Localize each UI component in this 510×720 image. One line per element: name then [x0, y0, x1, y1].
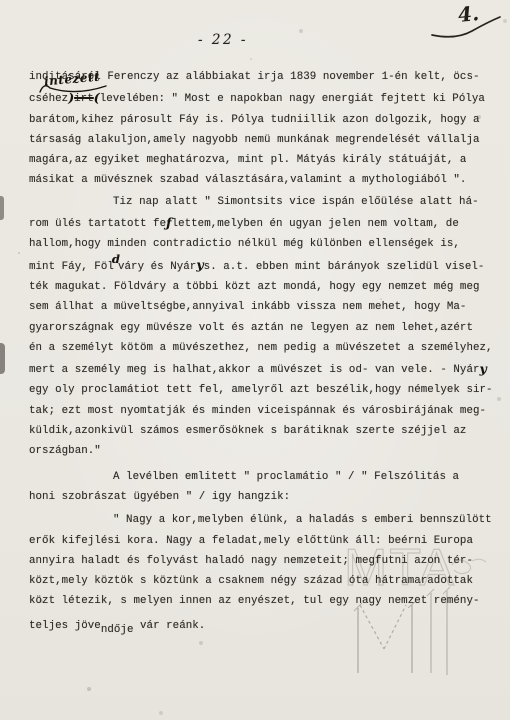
scan-edge-smudge: [0, 343, 5, 374]
corner-mark: 4.: [428, 0, 504, 44]
typed-text: teljes jöve: [29, 620, 101, 632]
typed-text: társaság alakuljon,amely nagyobb nemü mu…: [29, 134, 480, 146]
text-line: mert a személy meg is halhat,akkor a müv…: [29, 358, 492, 380]
typed-text: A levélben emlitett " proclamátio " / " …: [113, 471, 459, 483]
text-line: országban.": [29, 441, 492, 461]
text-line: gyarországnak egy müvésze volt és aztán …: [29, 318, 492, 338]
corner-mark-number: 4.: [457, 1, 480, 27]
text-line: barátom,kihez párosult Fáy is. Pólya tud…: [29, 110, 492, 130]
typed-text: gyarországnak egy müvésze volt és aztán …: [29, 322, 473, 334]
typed-text: ték magukat. Földváry a többi közt azt m…: [29, 281, 480, 293]
scan-edge-smudge: [0, 196, 4, 220]
text-line: erők kifejlési kora. Nagy a feladat,mely…: [29, 531, 492, 551]
text-line: közt,mely köztök s köztünk a csaknem nég…: [29, 571, 492, 591]
text-line: hallom,hogy minden contradictio nélkül m…: [29, 234, 492, 254]
typed-text: sem állhat a müveltségbe,annyival inkább…: [29, 301, 466, 313]
typed-text: levelében: " Most e napokban nagy energi…: [100, 93, 485, 105]
typed-text: magára,az egyiket meghatározva, mint pl.…: [29, 154, 466, 166]
typed-text-block: inditásáról Ferenczy az alábbiakat irja …: [29, 67, 492, 636]
handwritten-mark: y: [480, 361, 487, 376]
text-line: egy oly proclamátiot tett fel, amelyről …: [29, 380, 492, 400]
paper-specks: [0, 0, 2, 2]
text-line: társaság alakuljon,amely nagyobb nemü mu…: [29, 130, 492, 150]
typed-text: erők kifejlési kora. Nagy a feladat,mely…: [29, 535, 473, 547]
text-line: rom ülés tartatott feƒlettem,melyben én …: [29, 212, 492, 234]
typed-text: közt,mely köztök s köztünk a csaknem nég…: [29, 575, 473, 587]
typed-text: mert a személy meg is halhat,akkor a müv…: [29, 364, 480, 376]
typed-text: annyira haladt és folyvást haladó nagy n…: [29, 555, 473, 567]
text-line: én a személyt kötöm a müvészethez, nem p…: [29, 338, 492, 358]
handwritten-letter-above: d: [112, 252, 120, 266]
typed-text: másikat a müvésznek szabad választására,…: [29, 174, 466, 186]
typed-text: én a személyt kötöm a müvészethez, nem p…: [29, 342, 493, 354]
typed-text: hallom,hogy minden contradictio nélkül m…: [29, 238, 460, 250]
typed-text: s. a.t. ebben mint bárányok szelidül vis…: [204, 261, 485, 273]
typed-text: egy oly proclamátiot tett fel, amelyről …: [29, 384, 493, 396]
text-line: magára,az egyiket meghatározva, mint pl.…: [29, 150, 492, 170]
text-line: honi szobrászat ügyében " / igy hangzik:: [29, 487, 492, 507]
text-line: teljes jövendője vár reánk.: [29, 616, 492, 636]
typed-text: országban.": [29, 445, 101, 457]
text-line: annyira haladt és folyvást haladó nagy n…: [29, 551, 492, 571]
typed-text: Tiz nap alatt " Simontsits vice ispán el…: [113, 196, 479, 208]
text-line: A levélben emlitett " proclamátio " / " …: [29, 467, 492, 487]
typed-text: vár reánk.: [133, 620, 205, 632]
handwritten-insertion: intézett: [36, 72, 114, 98]
text-line: sem állhat a müveltségbe,annyival inkább…: [29, 297, 492, 317]
text-line: ték magukat. Földváry a többi közt azt m…: [29, 277, 492, 297]
dropped-characters: ndője: [101, 624, 134, 636]
text-line: " Nagy a kor,melyben élünk, a haladás s …: [29, 510, 492, 530]
typed-text: küldik,azonkivül számos esmerősöknek s b…: [29, 425, 466, 437]
typed-text: lettem,melyben én ugyan jelen nem voltam…: [172, 218, 459, 230]
text-line: tak; ezt most nyomtatják és minden vicei…: [29, 401, 492, 421]
text-line: küldik,azonkivül számos esmerősöknek s b…: [29, 421, 492, 441]
handwritten-mark: y: [196, 257, 203, 272]
typed-text: közt létezik, s melyen innen az enyészet…: [29, 595, 480, 607]
typed-text: honi szobrászat ügyében " / igy hangzik:: [29, 491, 290, 503]
typed-text: mint Fáy, Föl: [29, 261, 114, 273]
typed-text: tak; ezt most nyomtatják és minden vicei…: [29, 405, 486, 417]
typed-text: barátom,kihez párosult Fáy is. Pólya tud…: [29, 114, 480, 126]
text-line: Tiz nap alatt " Simontsits vice ispán el…: [29, 192, 492, 212]
typed-text: váry és Nyár: [118, 261, 196, 273]
typed-text: rom ülés tartatott fe: [29, 218, 166, 230]
typed-text: " Nagy a kor,melyben élünk, a haladás s …: [113, 514, 492, 526]
text-line: másikat a müvésznek szabad választására,…: [29, 170, 492, 190]
text-line: közt létezik, s melyen innen az enyészet…: [29, 591, 492, 611]
text-line: mint Fáy, Földváry és Nyárys. a.t. ebben…: [29, 255, 492, 277]
handwritten-mark: ƒ: [166, 215, 171, 230]
page-number: - 22 -: [168, 32, 278, 48]
